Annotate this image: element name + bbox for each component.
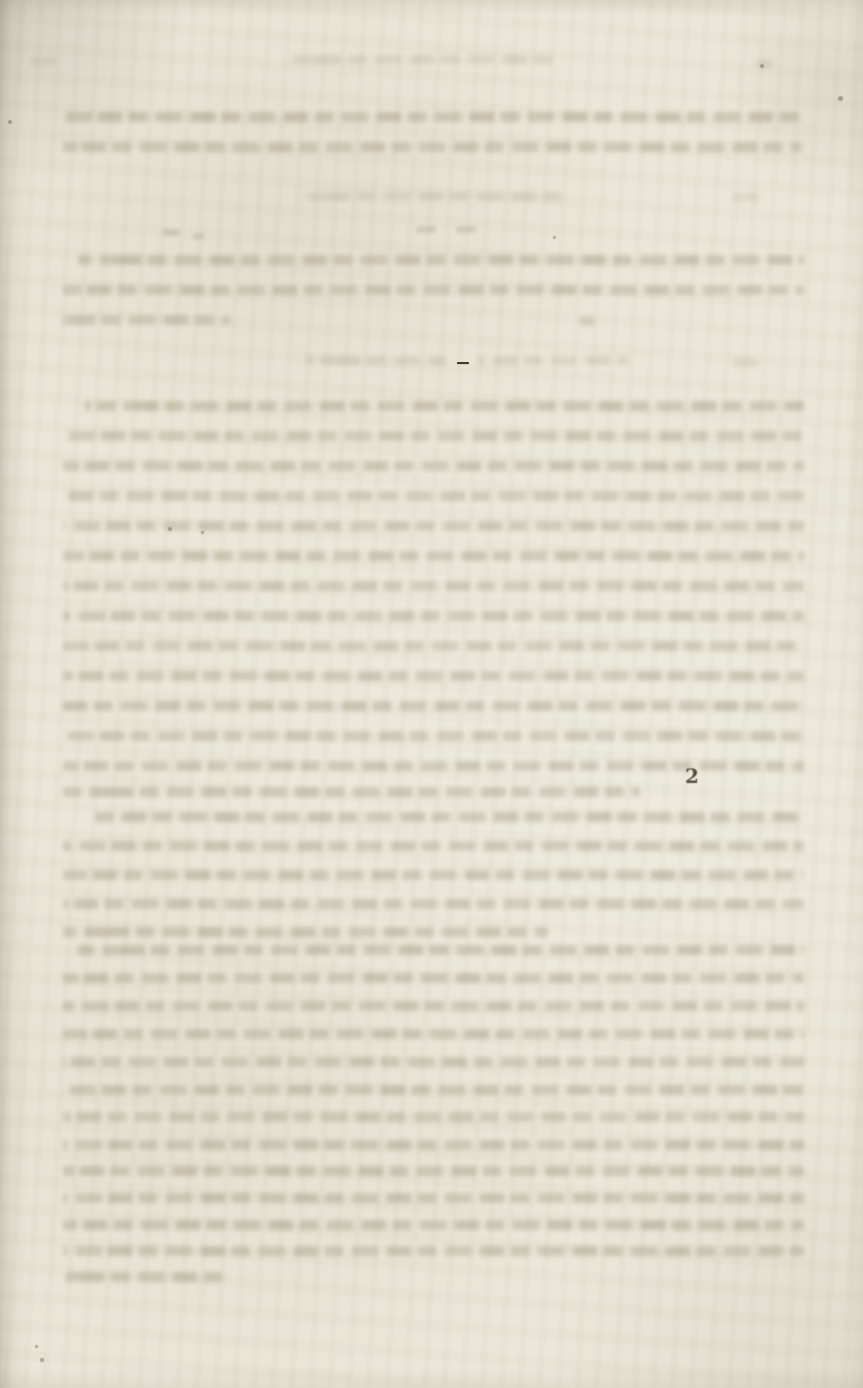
paragraph-3-line [63,521,804,531]
paragraph-4-line [95,812,804,822]
paragraph-5-line [63,1085,804,1095]
paragraph-4-line [63,899,804,909]
paragraph-2-line [580,316,594,326]
paragraph-2-line [78,255,804,265]
paragraph-5-line [63,1029,804,1039]
paper-speck [40,1358,44,1362]
equation-2-line [306,356,446,365]
paper-speck [8,120,12,124]
paragraph-3-line [63,611,804,621]
running-header-title-line [284,55,552,64]
paragraph-3-line [63,581,804,591]
paper-speck [168,527,172,531]
equation-1-limits-line [163,229,179,236]
paragraph-3-line [63,701,804,711]
paragraph-3-line [63,551,804,561]
paragraph-5-line [63,1140,804,1150]
paper-speck [553,236,556,239]
equation-2-line [478,356,628,365]
paragraph-3-line [63,787,640,797]
paragraph-5-line [63,1166,804,1176]
paragraph-5-line [63,1193,804,1203]
paragraph-5-line [63,973,804,983]
paragraph-3-line [63,641,804,651]
paragraph-3-line [63,731,804,741]
paragraph-5-line [63,1057,804,1067]
paragraph-5-line [78,945,804,955]
equation-1-limits-line [456,226,476,233]
paragraph-3-line [63,431,804,441]
paper-speck [201,531,204,534]
equation-1-line [733,193,759,202]
paragraph-1-line [63,142,802,152]
paragraph-3-line [63,671,804,681]
margin-annotation-digit: 2 [685,764,699,788]
equation-1-line [300,192,562,201]
paragraph-3-line [85,401,804,411]
paragraph-2-line [63,315,230,325]
paragraph-4-line [63,870,804,880]
paragraph-4-line [63,927,548,937]
paper-speck [760,64,764,68]
paragraph-1-line [63,112,804,122]
paper-speck [838,96,843,101]
equation-1-limits-line [416,226,436,233]
paragraph-4-line [63,841,804,851]
equation-1-limits-line [193,233,205,240]
equation-minus-sign: − [455,352,470,374]
paragraph-3-line [63,491,804,501]
paragraph-5-line [63,1246,804,1256]
paragraph-2-line [63,285,804,295]
running-header-left-mark-line [30,57,56,66]
equation-2-line [733,358,757,367]
paragraph-5-line [63,1001,804,1011]
paragraph-5-line [63,1112,804,1122]
paper-speck [35,1345,38,1348]
scanned-document-page: 2 − [0,0,863,1388]
paragraph-3-line [63,461,804,471]
paragraph-5-line [63,1220,804,1230]
paragraph-5-line [63,1272,228,1282]
paper-texture [0,0,863,1388]
